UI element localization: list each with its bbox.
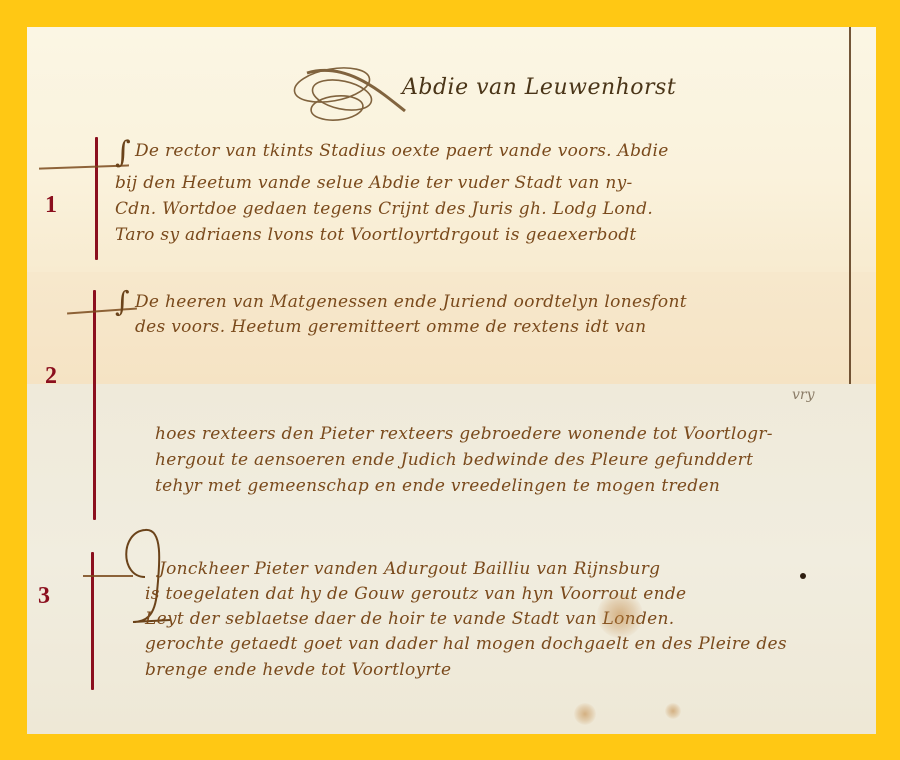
right-margin-note: vry [792,387,815,403]
entry-3-marker-line [91,552,94,690]
calligraphic-flourish-icon [287,53,417,133]
ink-dot [800,573,806,579]
entry-2-line-2: des voors. Heetum geremitteert omme de r… [135,317,646,337]
entry-1-line-4: Taro sy adriaens lvons tot Voortloyrtdrg… [115,225,637,245]
entry-1-line-3: Cdn. Wortdoe gedaen tegens Crijnt des Ju… [115,199,653,219]
entry-2-initial: ∫ [115,285,130,318]
ink-stain [574,703,596,725]
entry-3-line-1: Jonckheer Pieter vanden Adurgout Bailliu… [159,559,660,579]
entry-2-line-3: hoes rexteers den Pieter rexteers gebroe… [155,424,773,444]
entry-1-marker-line [95,137,98,260]
binding-gutter-line [849,27,851,384]
entry-3-line-5: brenge ende hevde tot Voortloyrte [145,660,451,680]
entry-1-initial: ∫ [115,135,131,170]
entry-1-line-2: bij den Heetum vande selue Abdie ter vud… [115,173,633,193]
heading-title: Abdie van Leuwenhorst [402,75,676,100]
entry-2-line-1: De heeren van Matgenessen ende Juriend o… [135,292,687,312]
entry-2-line-4: hergout te aensoeren ende Judich bedwind… [155,450,753,470]
entry-3-line-4: gerochte getaedt goet van dader hal moge… [145,634,787,654]
entry-2-line-5: tehyr met gemeenschap en ende vreedeling… [155,476,720,496]
manuscript-heading: Abdie van Leuwenhorst [287,53,707,123]
entry-2-marker-line [93,290,96,520]
entry-3-number: 3 [38,583,50,610]
manuscript-page: Abdie van Leuwenhorst 1 ∫ De rector van … [27,27,876,734]
entry-1-line-1: De rector van tkints Stadius oexte paert… [135,141,669,161]
entry-2-number: 2 [45,363,57,390]
entry-1-number: 1 [45,192,57,219]
ink-stain [597,592,643,638]
ink-stain [665,703,681,719]
entry-3-line-3: Leyt der seblaetse daer de hoir te vande… [145,609,674,629]
